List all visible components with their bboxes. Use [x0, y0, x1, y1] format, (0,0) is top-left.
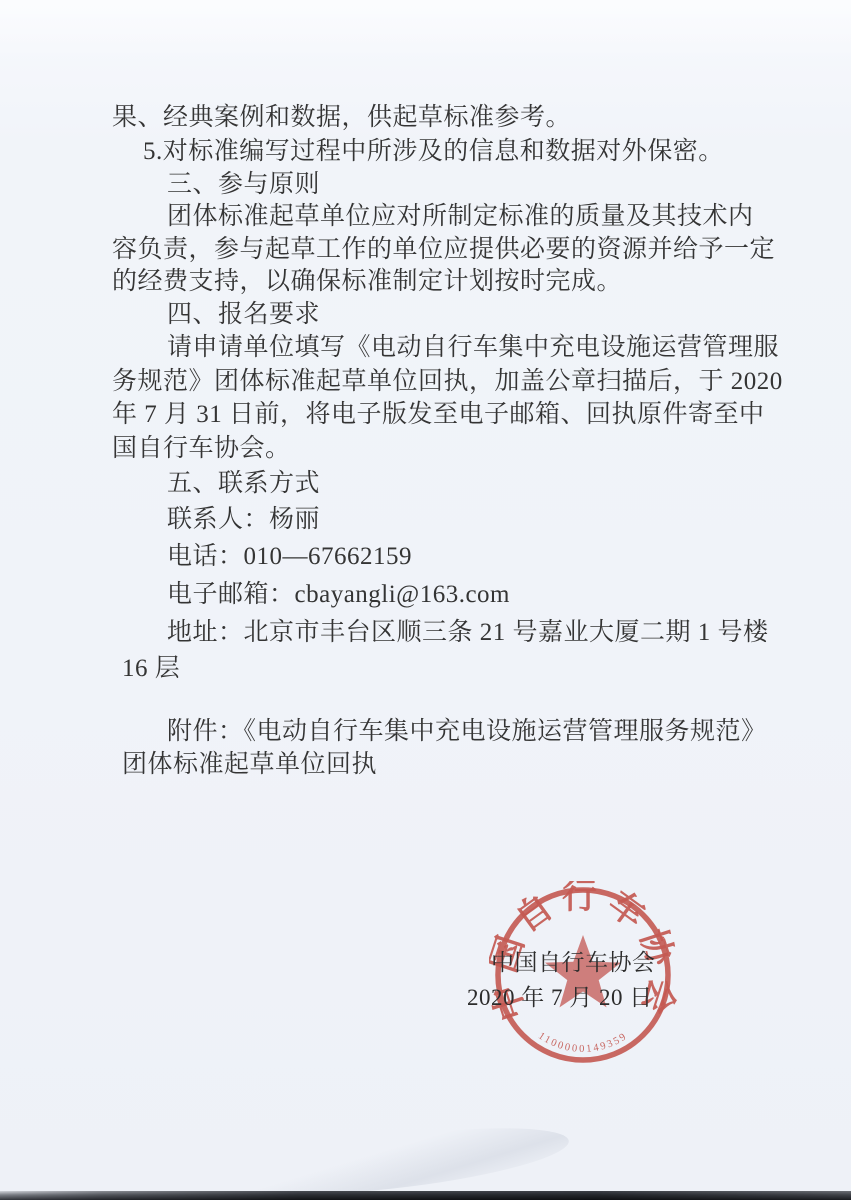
text-line: 年 7 月 31 日前，将电子版发至电子邮箱、回执原件寄至中: [112, 401, 792, 428]
scan-edge-shadow: [0, 1191, 851, 1200]
text-line: 国自行车协会。: [112, 435, 792, 462]
text-line: 容负责，参与起草工作的单位应提供必要的资源并给予一定: [112, 236, 792, 263]
text-line: 5.对标准编写过程中所涉及的信息和数据对外保密。: [112, 138, 792, 165]
signature-organization: 中国自行车协会: [491, 944, 656, 977]
section-heading: 三、参与原则: [112, 171, 792, 198]
section-heading: 五、联系方式: [112, 470, 792, 497]
text-line: 团体标准起草单位应对所制定标准的质量及其技术内: [112, 203, 792, 230]
text-line: 果、经典案例和数据，供起草标准参考。: [112, 104, 792, 131]
attachment-line2: 团体标准起草单位回执: [112, 751, 792, 778]
text-line: 请申请单位填写《电动自行车集中充电设施运营管理服: [112, 334, 792, 361]
contact-address-line2: 16 层: [112, 655, 792, 682]
scanned-document-page: 果、经典案例和数据，供起草标准参考。 5.对标准编写过程中所涉及的信息和数据对外…: [0, 0, 851, 1200]
paper-crease: [238, 1115, 572, 1200]
contact-phone-line: 电话：010—67662159: [112, 543, 792, 570]
signature-date: 2020 年 7 月 20 日: [467, 979, 653, 1012]
contact-person-line: 联系人：杨丽: [112, 506, 792, 533]
section-heading: 四、报名要求: [112, 301, 792, 328]
text-line: 务规范》团体标准起草单位回执，加盖公章扫描后，于 2020: [112, 368, 792, 395]
attachment-line: 附件：《电动自行车集中充电设施运营管理服务规范》: [112, 718, 792, 745]
contact-email-line: 电子邮箱：cbayangli@163.com: [112, 581, 792, 608]
text-line: 的经费支持，以确保标准制定计划按时完成。: [112, 268, 792, 295]
contact-address-line: 地址：北京市丰台区顺三条 21 号嘉业大厦二期 1 号楼: [112, 619, 792, 646]
